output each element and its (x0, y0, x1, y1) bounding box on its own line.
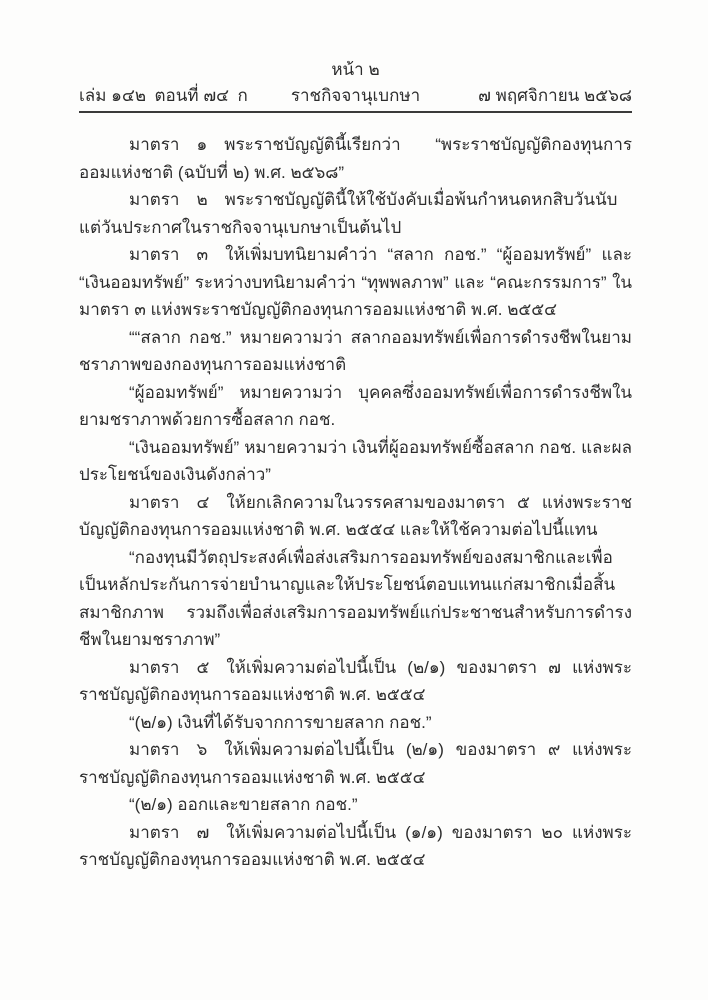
paragraph: มาตรา ๗ ให้เพิ่มความต่อไปนี้เป็น (๑/๑) ข… (79, 819, 632, 874)
paragraph: ““สลาก กอช.” หมายความว่า สลากออมทรัพย์เพ… (79, 324, 632, 379)
paragraph: มาตรา ๔ ให้ยกเลิกความในวรรคสามของมาตรา ๕… (79, 489, 632, 544)
paragraph: มาตรา ๖ ให้เพิ่มความต่อไปนี้เป็น (๒/๑) ข… (79, 736, 632, 791)
masthead: เล่ม ๑๔๒ ตอนที่ ๗๔ ก ราชกิจจานุเบกษา ๗ พ… (79, 84, 632, 108)
paragraph: มาตรา ๑ พระราชบัญญัตินี้เรียกว่า “พระราช… (79, 131, 632, 186)
gazette-title: ราชกิจจานุเบกษา (79, 84, 632, 108)
header-divider (79, 111, 632, 113)
page-number-label: หน้า ๒ (79, 0, 632, 82)
paragraph: มาตรา ๓ ให้เพิ่มบทนิยามคำว่า “สลาก กอช.”… (79, 241, 632, 324)
document-body: มาตรา ๑ พระราชบัญญัตินี้เรียกว่า “พระราช… (79, 131, 632, 874)
gazette-page: หน้า ๒ เล่ม ๑๔๒ ตอนที่ ๗๔ ก ราชกิจจานุเบ… (0, 0, 708, 1000)
paragraph: “ผู้ออมทรัพย์” หมายความว่า บุคคลซึ่งออมท… (79, 379, 632, 434)
paragraph: “กองทุนมีวัตถุประสงค์เพื่อส่งเสริมการออม… (79, 544, 632, 654)
paragraph: มาตรา ๒ พระราชบัญญัตินี้ให้ใช้บังคับเมื่… (79, 186, 632, 241)
paragraph: “(๒/๑) เงินที่ได้รับจากการขายสลาก กอช.” (79, 709, 632, 737)
paragraph: “เงินออมทรัพย์” หมายความว่า เงินที่ผู้ออ… (79, 434, 632, 489)
paragraph: มาตรา ๕ ให้เพิ่มความต่อไปนี้เป็น (๒/๑) ข… (79, 654, 632, 709)
page-content: หน้า ๒ เล่ม ๑๔๒ ตอนที่ ๗๔ ก ราชกิจจานุเบ… (79, 0, 632, 874)
paragraph: “(๒/๑) ออกและขายสลาก กอช.” (79, 791, 632, 819)
